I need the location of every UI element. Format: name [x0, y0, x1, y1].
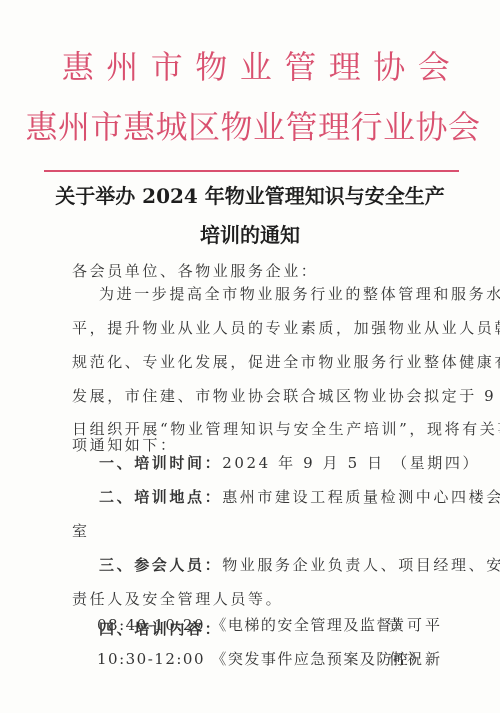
schedule-time: 08:40-10:20	[97, 616, 205, 634]
title-line-1: 关于举办 2024 年物业管理知识与安全生产	[0, 180, 500, 209]
section-attendees-value: 物业服务企业负责人、项目经理、安全	[222, 556, 500, 574]
section-attendees-label: 三、参会人员：	[99, 556, 222, 574]
schedule-item-2: 10:30-12:00 《突发事件应急预案及防控》	[97, 648, 426, 669]
body-line: 规范化、专业化发展，促进全市物业服务行业整体健康有序	[72, 351, 500, 372]
letterhead-line-2: 惠州市惠城区物业管理行业协会	[0, 102, 500, 148]
schedule-speaker: 何祝新	[389, 648, 443, 669]
schedule-time: 10:30-12:00	[97, 650, 205, 668]
section-time-label: 一、培训时间：	[99, 454, 222, 472]
section-time-row: 一、培训时间：2024 年 9 月 5 日 （星期四）	[99, 452, 480, 473]
section-location-value: 惠州市建设工程质量检测中心四楼会议	[222, 488, 500, 506]
section-location-label: 二、培训地点：	[99, 488, 222, 506]
body-line: 平，提升物业从业人员的专业素质，加强物业从业人员朝着	[72, 317, 500, 338]
letterhead-line-1: 惠州市物业管理协会	[0, 42, 500, 88]
section-time-value: 2024 年 9 月 5 日 （星期四）	[222, 454, 480, 472]
schedule-speaker: 黄可平	[389, 614, 443, 635]
section-attendees-row: 三、参会人员：物业服务企业负责人、项目经理、安全	[99, 554, 500, 575]
title-line-2: 培训的通知	[0, 219, 500, 248]
body-line: 为进一步提高全市物业服务行业的整体管理和服务水	[99, 283, 500, 304]
section-location-cont: 室	[72, 520, 90, 541]
schedule-topic: 《电梯的安全管理及监督》	[211, 616, 409, 634]
schedule-item-1: 08:40-10:20 《电梯的安全管理及监督》	[97, 614, 409, 635]
section-attendees-cont: 责任人及安全管理人员等。	[72, 588, 283, 609]
red-divider	[44, 170, 459, 172]
section-location-row: 二、培训地点：惠州市建设工程质量检测中心四楼会议	[99, 486, 500, 507]
body-line: 发展，市住建、市物业协会联合城区物业协会拟定于 9 月 5	[72, 385, 500, 406]
salutation: 各会员单位、各物业服务企业：	[72, 260, 318, 281]
